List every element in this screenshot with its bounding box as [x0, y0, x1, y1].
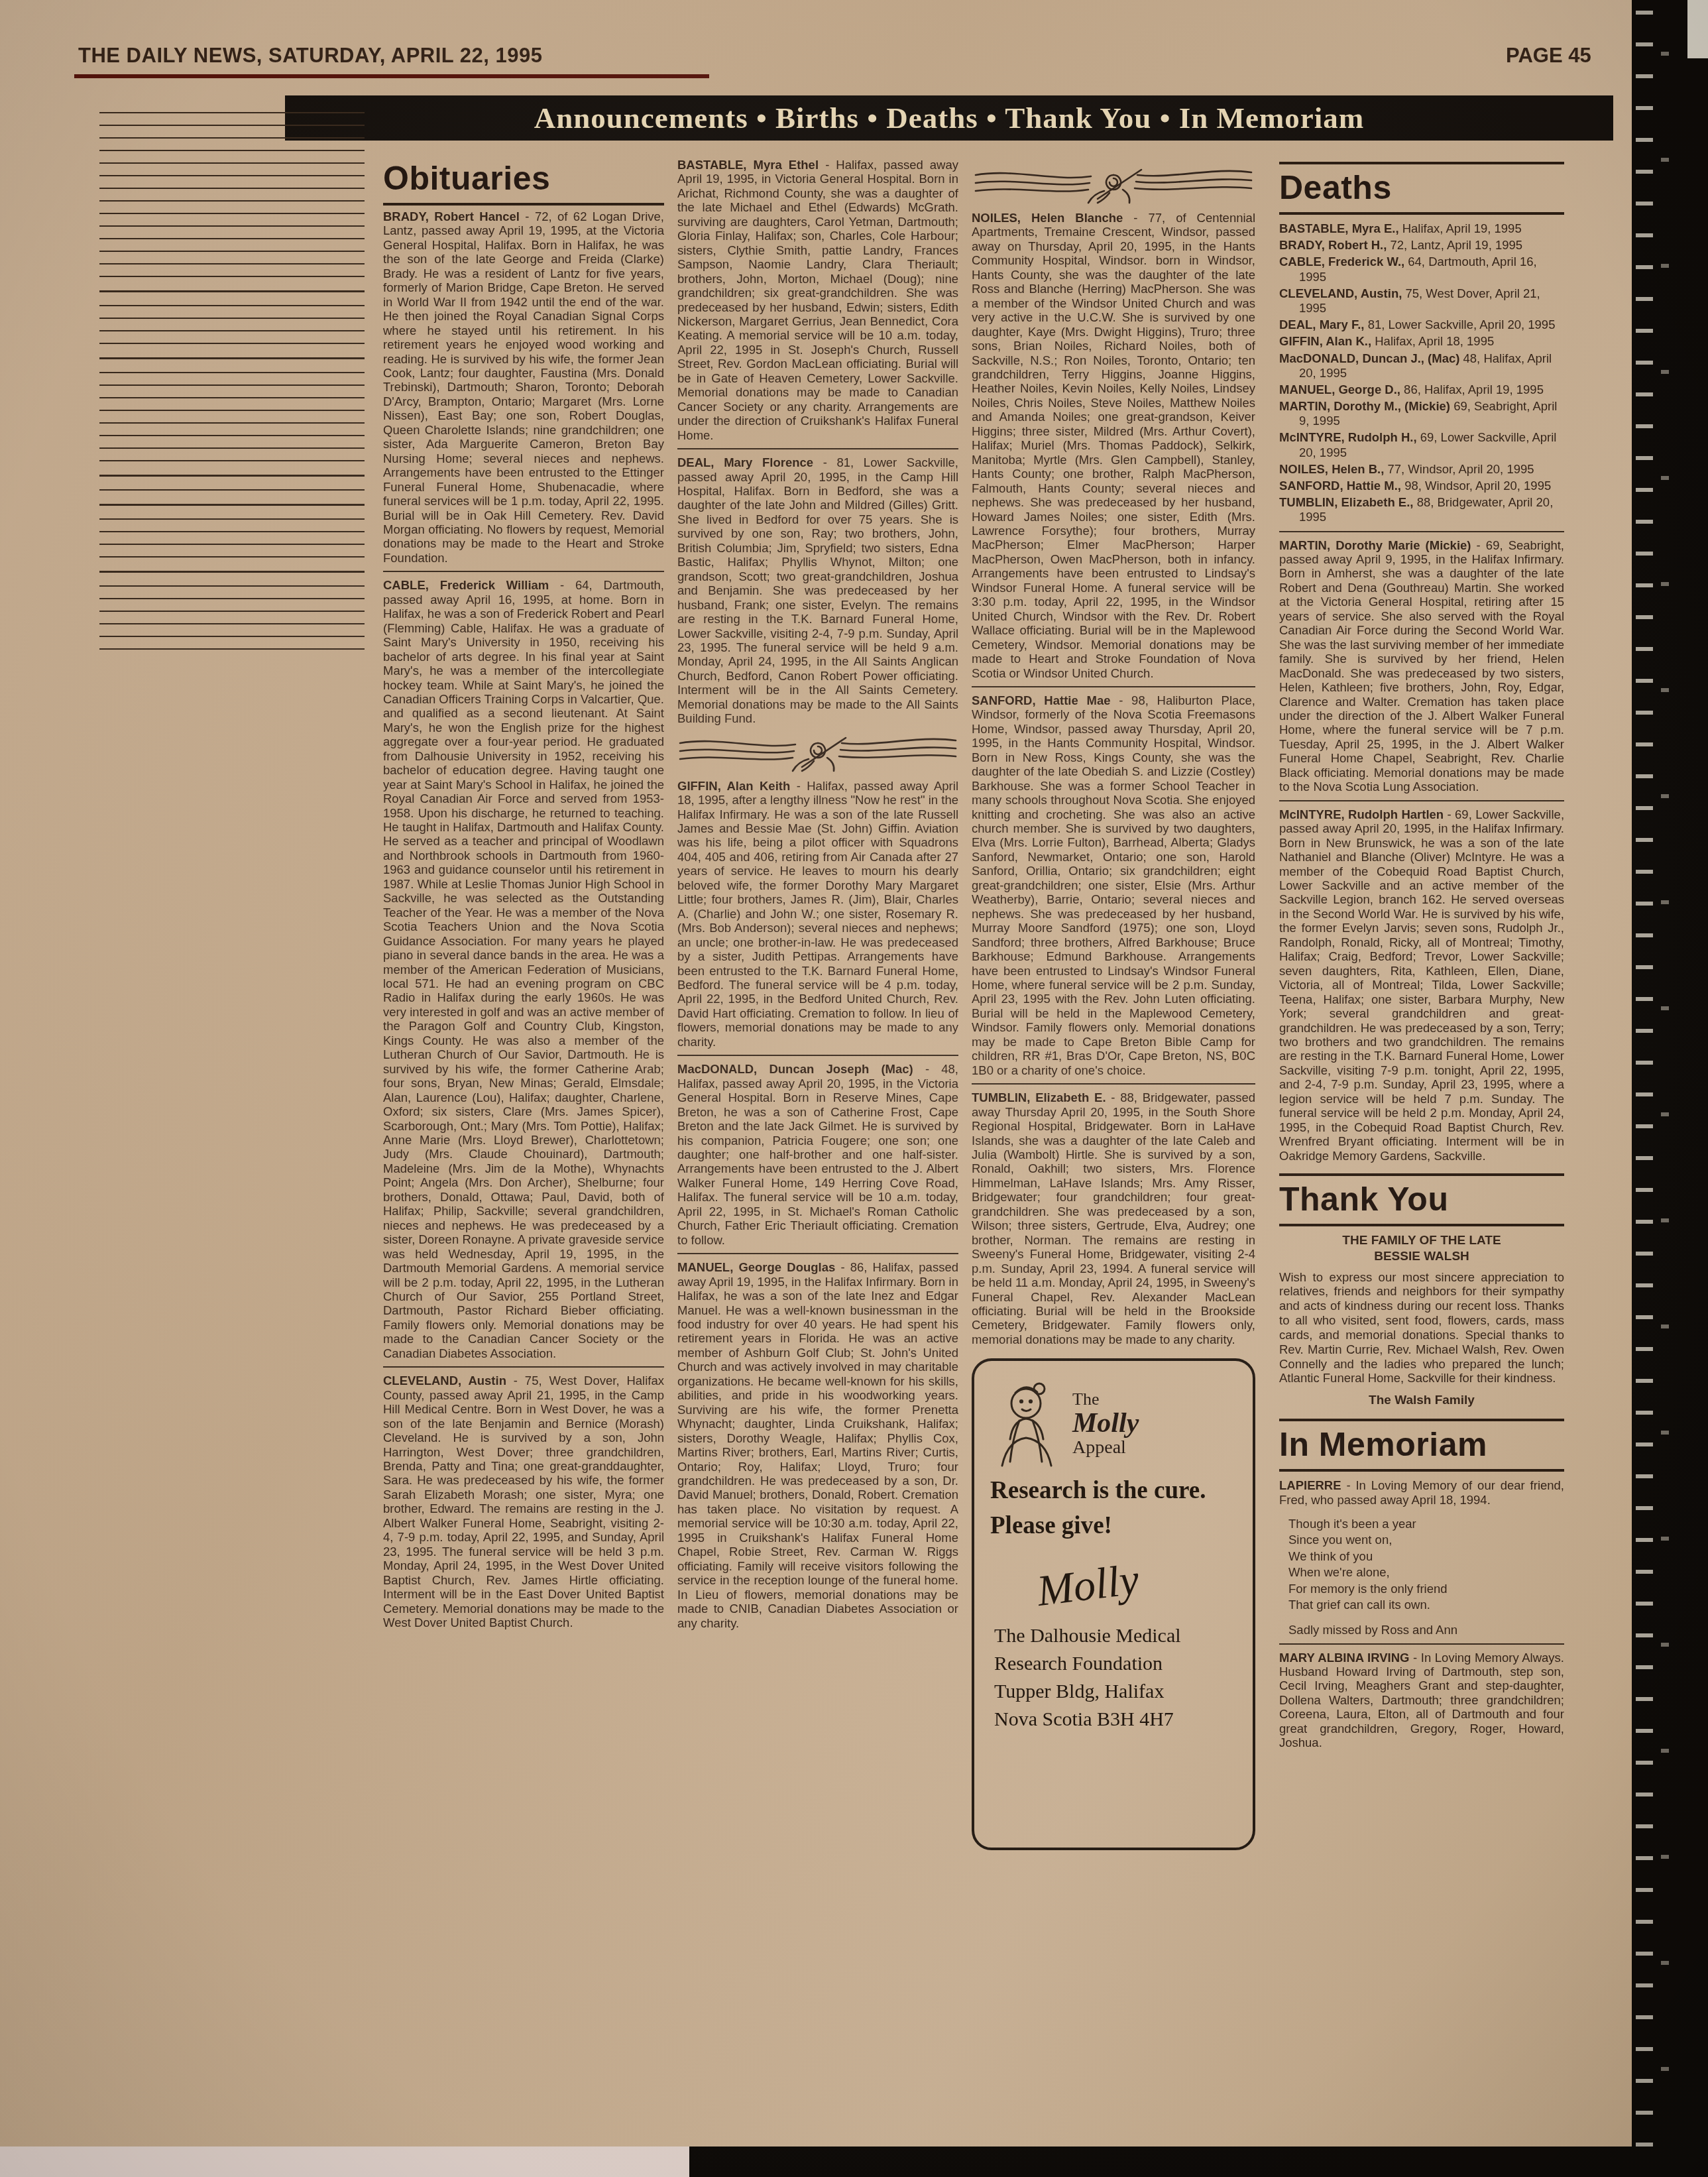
obituary-text: CABLE, Frederick William - 64, Dartmouth… [383, 578, 664, 1360]
obituary-name: McINTYRE, Rudolph Hartlen [1279, 807, 1444, 821]
article-divider [383, 1366, 664, 1368]
classified-ad [99, 101, 365, 113]
classified-ad [99, 227, 365, 239]
classified-ad [99, 126, 365, 139]
divider [1279, 162, 1564, 164]
obituaries-list: BRADY, Robert Hancel - 72, of 62 Logan D… [383, 209, 664, 1629]
classified-ad [99, 587, 365, 599]
molly-logo: The Molly Appeal [1072, 1389, 1139, 1458]
obituary-name: CLEVELAND, Austin [383, 1374, 506, 1387]
obituaries-column: Obituaries BRADY, Robert Hancel - 72, of… [383, 158, 664, 2147]
obituary-name: CABLE, Frederick William [383, 578, 549, 592]
molly-appeal-header: The Molly Appeal [990, 1378, 1237, 1470]
classified-ad [99, 139, 365, 151]
deaths-index-item: McINTYRE, Rudolph H., 69, Lower Sackvill… [1279, 430, 1564, 459]
classified-ad [99, 319, 365, 331]
molly-tagline-1: Research is the cure. [990, 1476, 1237, 1505]
deaths-index-item: TUMBLIN, Elizabeth E., 88, Bridgewater, … [1279, 495, 1564, 524]
film-ruler-ticks [1636, 0, 1653, 2177]
deaths-index-item: SANFORD, Hattie M., 98, Windsor, April 2… [1279, 479, 1564, 493]
memoriam-poem: Though it's been a yearSince you went on… [1288, 1516, 1564, 1613]
classified-ad [99, 532, 365, 545]
deaths-index-item: DEAL, Mary F., 81, Lower Sackville, Apri… [1279, 318, 1564, 332]
divider [99, 504, 365, 506]
obituaries-column-3: NOILES, Helen Blanche - 77, of Centennia… [972, 158, 1255, 2147]
classified-ad [99, 599, 365, 612]
scan-corner-patch [1687, 0, 1708, 58]
classified-ad [99, 331, 365, 344]
obituary-entry: NOILES, Helen Blanche - 77, of Centennia… [972, 211, 1255, 680]
scan-bottom-margin [0, 2147, 689, 2177]
obituaries-list: BASTABLE, Myra Ethel - Halifax, passed a… [677, 158, 958, 1630]
thank-you-body: Wish to express our most sincere appreci… [1279, 1270, 1564, 1386]
memoriam-poem-line: Though it's been a year [1288, 1516, 1564, 1532]
obituary-name: SANFORD, Hattie Mae [972, 693, 1110, 707]
molly-appeal-ad: The Molly Appeal Research is the cure. P… [972, 1358, 1255, 1850]
divider [1279, 1224, 1564, 1226]
classified-ad [99, 306, 365, 319]
classified-ad [99, 424, 365, 436]
memoriam-poem-line: We think of you [1288, 1549, 1564, 1564]
divider [383, 203, 664, 206]
obituary-text: BASTABLE, Myra Ethel - Halifax, passed a… [677, 158, 958, 442]
deaths-index-list: BASTABLE, Myra E., Halifax, April 19, 19… [1279, 221, 1564, 525]
classified-ad [99, 574, 365, 587]
divider [1279, 1643, 1564, 1645]
deaths-index-item: MARTIN, Dorothy M., (Mickie) 69, Seabrig… [1279, 399, 1564, 428]
thank-you-signature: The Walsh Family [1279, 1393, 1564, 1408]
obituary-name: MANUEL, George Douglas [677, 1260, 835, 1274]
deaths-title: Deaths [1279, 168, 1564, 207]
divider [1279, 1173, 1564, 1176]
deaths-index-item: MANUEL, George D., 86, Halifax, April 19… [1279, 382, 1564, 397]
page-number: PAGE 45 [1506, 44, 1591, 68]
classified-ad [99, 151, 365, 164]
classified-ad [99, 612, 365, 624]
divider [99, 290, 365, 292]
article-divider [972, 1083, 1255, 1085]
article-divider [383, 571, 664, 572]
article-divider [677, 1055, 958, 1056]
obituary-name: NOILES, Helen Blanche [972, 211, 1123, 225]
classified-ad [99, 239, 365, 252]
obituary-entry: MANUEL, George Douglas - 86, Halifax, pa… [677, 1260, 958, 1630]
obituary-entry: GIFFIN, Alan Keith - Halifax, passed awa… [677, 779, 958, 1049]
obituaries-list: MARTIN, Dorothy Marie (Mickie) - 69, Sea… [1279, 538, 1564, 1163]
deaths-index-item: MacDONALD, Duncan J., (Mac) 48, Halifax,… [1279, 351, 1564, 381]
article-divider [677, 1253, 958, 1254]
classified-ad [99, 436, 365, 449]
obituary-text: SANFORD, Hattie Mae - 98, Haliburton Pla… [972, 693, 1255, 1077]
obituary-name: MARTIN, Dorothy Marie (Mickie) [1279, 538, 1471, 552]
article-divider [972, 686, 1255, 687]
obituary-name: MacDONALD, Duncan Joseph (Mac) [677, 1062, 913, 1076]
molly-signature: Molly [1034, 1543, 1239, 1617]
divider [99, 357, 365, 359]
classified-ad [99, 449, 365, 461]
obituary-name: BRADY, Robert Hancel [383, 209, 520, 223]
film-ruler-ticks [1661, 0, 1669, 2177]
deaths-index-item: CLEVELAND, Austin, 75, West Dover, April… [1279, 286, 1564, 316]
obituary-text: MANUEL, George Douglas - 86, Halifax, pa… [677, 1260, 958, 1630]
obituary-entry: CABLE, Frederick William - 64, Dartmouth… [383, 578, 664, 1360]
obituary-text: MARTIN, Dorothy Marie (Mickie) - 69, Sea… [1279, 538, 1564, 794]
obituary-text: DEAL, Mary Florence - 81, Lower Sackvill… [677, 455, 958, 726]
obituary-entry: MacDONALD, Duncan Joseph (Mac) - 48, Hal… [677, 1062, 958, 1247]
classified-ad [99, 398, 365, 411]
deaths-index-item: BASTABLE, Myra E., Halifax, April 19, 19… [1279, 221, 1564, 236]
memoriam-entry: MARY ALBINA IRVING - In Loving Memory Al… [1279, 1651, 1564, 1750]
article-divider [1279, 800, 1564, 801]
scan-film-edge [1632, 0, 1708, 2177]
section-banner: Announcements • Births • Deaths • Thank … [285, 95, 1613, 141]
rose-divider-icon [679, 733, 957, 774]
thank-you-family-line2: BESSIE WALSH [1279, 1249, 1564, 1265]
classified-ad [99, 507, 365, 520]
classifieds-column [99, 101, 365, 2147]
divider [99, 571, 365, 573]
classified-ad [99, 214, 365, 227]
divider [1279, 212, 1564, 215]
obituaries-title: Obituaries [383, 159, 664, 198]
classified-ad [99, 265, 365, 277]
divider [1279, 1419, 1564, 1421]
obituary-entry: BASTABLE, Myra Ethel - Halifax, passed a… [677, 158, 958, 442]
obituary-entry: DEAL, Mary Florence - 81, Lower Sackvill… [677, 455, 958, 726]
obituary-text: MacDONALD, Duncan Joseph (Mac) - 48, Hal… [677, 1062, 958, 1247]
article-divider [677, 448, 958, 449]
in-memoriam-title: In Memoriam [1279, 1425, 1564, 1464]
memoriam-signature: Sadly missed by Ross and Ann [1288, 1623, 1564, 1637]
deaths-index-item: CABLE, Frederick W., 64, Dartmouth, Apri… [1279, 255, 1564, 284]
molly-figure-icon [990, 1378, 1062, 1470]
memoriam-poem-line: That grief can call its own. [1288, 1597, 1564, 1613]
classified-ad [99, 545, 365, 558]
divider [1279, 1469, 1564, 1472]
obituary-entry: CLEVELAND, Austin - 75, West Dover, Hali… [383, 1374, 664, 1629]
obituaries-column-2: BASTABLE, Myra Ethel - Halifax, passed a… [677, 158, 958, 2147]
memoriam-entry: LAPIERRE - In Loving Memory of our dear … [1279, 1478, 1564, 1507]
obituary-name: BASTABLE, Myra Ethel [677, 158, 819, 172]
classified-ad [99, 189, 365, 202]
newspaper-page: THE DAILY NEWS, SATURDAY, APRIL 22, 1995… [0, 0, 1708, 2177]
classified-ad [99, 361, 365, 373]
obituaries-list: NOILES, Helen Blanche - 77, of Centennia… [972, 164, 1255, 1346]
classified-ad [99, 202, 365, 214]
classified-ad [99, 624, 365, 637]
classified-ad [99, 637, 365, 650]
obituary-text: McINTYRE, Rudolph Hartlen - 69, Lower Sa… [1279, 807, 1564, 1163]
divider [99, 475, 365, 477]
deaths-index-item: BRADY, Robert H., 72, Lantz, April 19, 1… [1279, 238, 1564, 253]
classified-ad [99, 478, 365, 491]
masthead-underline [74, 74, 709, 78]
classified-ad [99, 176, 365, 189]
scan-bottom-edge [689, 2147, 1708, 2177]
classified-ad [99, 113, 365, 126]
memoriam-poem-line: For memory is the only friend [1288, 1581, 1564, 1597]
molly-tagline-2: Please give! [990, 1511, 1237, 1540]
classified-ad [99, 373, 365, 386]
classified-ad [99, 411, 365, 424]
obituary-entry: BRADY, Robert Hancel - 72, of 62 Logan D… [383, 209, 664, 565]
obituary-text: NOILES, Helen Blanche - 77, of Centennia… [972, 211, 1255, 680]
obituary-entry: TUMBLIN, Elizabeth E. - 88, Bridgewater,… [972, 1090, 1255, 1346]
thank-you-title: Thank You [1279, 1180, 1564, 1218]
obituary-entry: McINTYRE, Rudolph Hartlen - 69, Lower Sa… [1279, 807, 1564, 1163]
masthead-date: THE DAILY NEWS, SATURDAY, APRIL 22, 1995 [78, 44, 543, 68]
obituary-name: GIFFIN, Alan Keith [677, 779, 790, 793]
classified-ad [99, 252, 365, 265]
deaths-index-item: NOILES, Helen B., 77, Windsor, April 20,… [1279, 462, 1564, 477]
obituary-text: BRADY, Robert Hancel - 72, of 62 Logan D… [383, 209, 664, 565]
classified-ad [99, 520, 365, 532]
obituary-entry: MARTIN, Dorothy Marie (Mickie) - 69, Sea… [1279, 538, 1564, 794]
divider [1279, 531, 1564, 532]
deaths-column: Deaths BASTABLE, Myra E., Halifax, April… [1279, 158, 1564, 2147]
obituary-entry: SANFORD, Hattie Mae - 98, Haliburton Pla… [972, 693, 1255, 1077]
obituary-text: CLEVELAND, Austin - 75, West Dover, Hali… [383, 1374, 664, 1629]
molly-org-address: The Dalhousie Medical Research Foundatio… [990, 1622, 1237, 1734]
obituary-text: GIFFIN, Alan Keith - Halifax, passed awa… [677, 779, 958, 1049]
thank-you-family-line1: THE FAMILY OF THE LATE [1279, 1233, 1564, 1249]
memoriam-poem-line: When we're alone, [1288, 1564, 1564, 1580]
memoriam-poem-line: Since you went on, [1288, 1532, 1564, 1548]
obituary-text: TUMBLIN, Elizabeth E. - 88, Bridgewater,… [972, 1090, 1255, 1346]
deaths-index-item: GIFFIN, Alan K., Halifax, April 18, 1995 [1279, 334, 1564, 349]
obituary-name: TUMBLIN, Elizabeth E. [972, 1090, 1106, 1104]
classified-ad [99, 164, 365, 176]
obituary-name: DEAL, Mary Florence [677, 455, 813, 469]
classified-ad [99, 386, 365, 398]
rose-divider-icon [974, 164, 1253, 206]
classified-ad [99, 294, 365, 306]
